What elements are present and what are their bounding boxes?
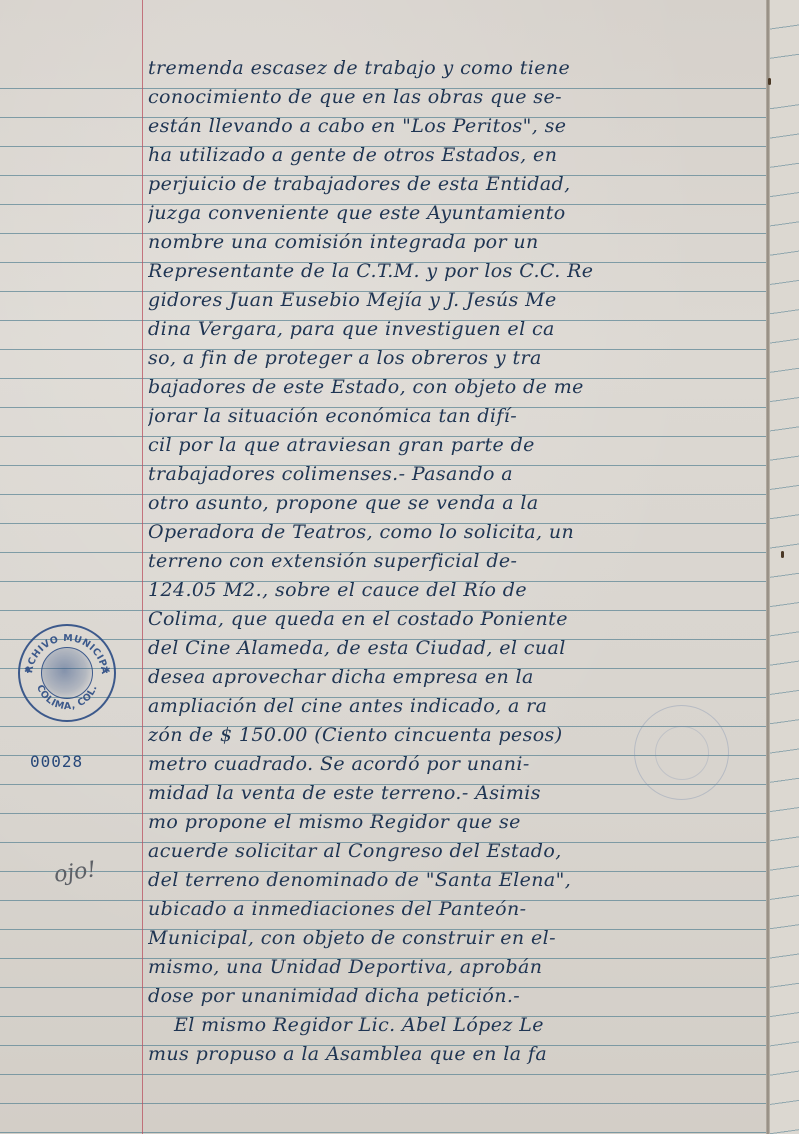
stamp-emblem: [41, 647, 93, 699]
text-line: mismo, una Unidad Deportiva, aprobán: [148, 953, 763, 982]
text-line: dina Vergara, para que investiguen el ca: [148, 315, 763, 344]
adjacent-page-edge: [770, 0, 799, 1134]
text-line: Operadora de Teatros, como lo solicita, …: [148, 518, 763, 547]
text-line: ha utilizado a gente de otros Estados, e…: [148, 141, 763, 170]
text-line: so, a fin de proteger a los obreros y tr…: [148, 344, 763, 373]
text-line: del Cine Alameda, de esta Ciudad, el cua…: [148, 634, 763, 663]
text-line: dose por unanimidad dicha petición.-: [148, 982, 763, 1011]
star-icon: ✱: [24, 667, 32, 676]
text-line: El mismo Regidor Lic. Abel López Le: [148, 1011, 763, 1040]
text-line: metro cuadrado. Se acordó por unani-: [148, 750, 763, 779]
text-line: Representante de la C.T.M. y por los C.C…: [148, 257, 763, 286]
margin-rule: [142, 0, 143, 1134]
archive-stamp: ARCHIVO MUNICIPAL COLIMA, COL. ✱ ✱: [18, 624, 116, 722]
text-line: conocimiento de que en las obras que se-: [148, 83, 763, 112]
handwritten-text: tremenda escasez de trabajo y como tiene…: [148, 60, 763, 1075]
text-line: bajadores de este Estado, con objeto de …: [148, 373, 763, 402]
text-line: tremenda escasez de trabajo y como tiene: [148, 54, 763, 83]
text-line: Colima, que queda en el costado Poniente: [148, 605, 763, 634]
text-line: desea aprovechar dicha empresa en la: [148, 663, 763, 692]
text-line: zón de $ 150.00 (Ciento cincuenta pesos): [148, 721, 763, 750]
text-line: otro asunto, propone que se venda a la: [148, 489, 763, 518]
text-line: ubicado a inmediaciones del Panteón-: [148, 895, 763, 924]
text-line: acuerde solicitar al Congreso del Estado…: [148, 837, 763, 866]
ink-spot: [781, 551, 784, 558]
text-line: mus propuso a la Asamblea que en la fa: [148, 1040, 763, 1069]
ink-spot: [768, 78, 771, 85]
text-line: perjuicio de trabajadores de esta Entida…: [148, 170, 763, 199]
folio-number: 00028: [30, 752, 83, 771]
text-line: Municipal, con objeto de construir en el…: [148, 924, 763, 953]
text-line: nombre una comisión integrada por un: [148, 228, 763, 257]
text-line: juzga conveniente que este Ayuntamiento: [148, 199, 763, 228]
text-line: cil por la que atraviesan gran parte de: [148, 431, 763, 460]
text-line: midad la venta de este terreno.- Asimis: [148, 779, 763, 808]
text-line: terreno con extensión superficial de-: [148, 547, 763, 576]
text-line: del terreno denominado de "Santa Elena",: [148, 866, 763, 895]
text-line: jorar la situación económica tan difí-: [148, 402, 763, 431]
document-page: tremenda escasez de trabajo y como tiene…: [0, 0, 799, 1134]
star-icon: ✱: [103, 667, 111, 676]
text-line: ampliación del cine antes indicado, a ra: [148, 692, 763, 721]
text-line: gidores Juan Eusebio Mejía y J. Jesús Me: [148, 286, 763, 315]
text-line: 124.05 M2., sobre el cauce del Río de: [148, 576, 763, 605]
text-line: mo propone el mismo Regidor que se: [148, 808, 763, 837]
text-line: trabajadores colimenses.- Pasando a: [148, 460, 763, 489]
text-line: están llevando a cabo en "Los Peritos", …: [148, 112, 763, 141]
